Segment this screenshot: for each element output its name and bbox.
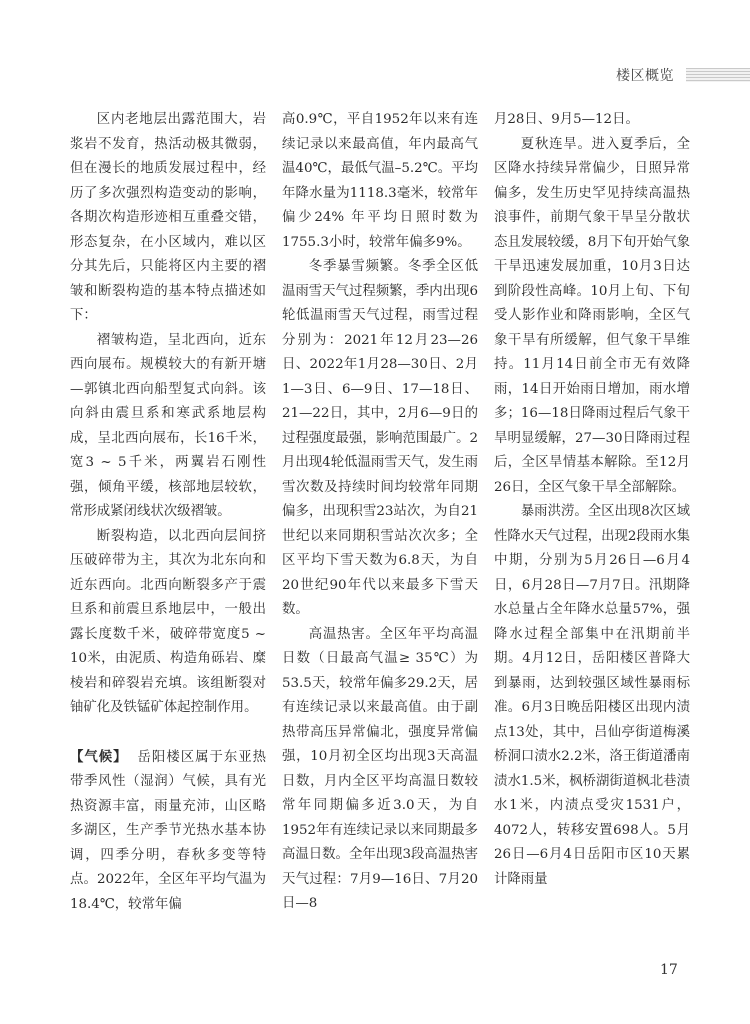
climate-section-label: 【气候】 <box>70 749 128 765</box>
paragraph-climate: 【气候】岳阳楼区属于东亚热带季风性（湿润）气候，具有光热资源丰富，雨量充沛，山区… <box>70 745 266 918</box>
paragraph-heat-continued: 月28日、9月5—12日。 <box>494 108 690 133</box>
running-header: 楼区概览 <box>616 64 750 86</box>
paragraph-rainstorm-flood: 暴雨洪涝。全区出现8次区域性降水天气过程，出现2段雨水集中期，分别为5月26日—… <box>494 500 690 892</box>
column-3: 月28日、9月5—12日。 夏秋连旱。进入夏季后，全区降水持续异常偏少，日照异常… <box>494 108 690 917</box>
header-stripes-decoration <box>686 68 750 82</box>
paragraph-winter-snow: 冬季暴雪频繁。冬季全区低温雨雪天气过程频繁，季内出现6轮低温雨雪天气过程，雨雪过… <box>282 255 478 623</box>
paragraph-drought: 夏秋连旱。进入夏季后，全区降水持续异常偏少，日照异常偏多，发生历史罕见持续高温热… <box>494 133 690 501</box>
climate-text: 岳阳楼区属于东亚热带季风性（湿润）气候，具有光热资源丰富，雨量充沛，山区略多湖区… <box>70 750 266 912</box>
paragraph-fault-structure: 断裂构造，以北西向层间挤压破碎带为主，其次为北东向和近东西向。北西向断裂多产于震… <box>70 525 266 721</box>
page-number: 17 <box>660 962 678 978</box>
paragraph-fold-structure: 褶皱构造，呈北西向，近东西向展布。规模较大的有新开塘—郭镇北西向船型复式向斜。该… <box>70 329 266 525</box>
column-2: 高0.9℃，平自1952年以来有连续记录以来最高值，年内最高气温40℃，最低气温… <box>282 108 478 917</box>
section-title: 楼区概览 <box>616 65 674 85</box>
column-1: 区内老地层出露范围大，岩浆岩不发育，热活动极其微弱，但在漫长的地质发展过程中，经… <box>70 108 266 917</box>
paragraph-heat-damage: 高温热害。全区年平均高温日数（日最高气温≥ 35℃）为53.5天，较常年偏多29… <box>282 623 478 917</box>
text-columns: 区内老地层出露范围大，岩浆岩不发育，热活动极其微弱，但在漫长的地质发展过程中，经… <box>70 108 690 917</box>
paragraph-geology-intro: 区内老地层出露范围大，岩浆岩不发育，热活动极其微弱，但在漫长的地质发展过程中，经… <box>70 108 266 329</box>
paragraph-climate-continued: 高0.9℃，平自1952年以来有连续记录以来最高值，年内最高气温40℃，最低气温… <box>282 108 478 255</box>
